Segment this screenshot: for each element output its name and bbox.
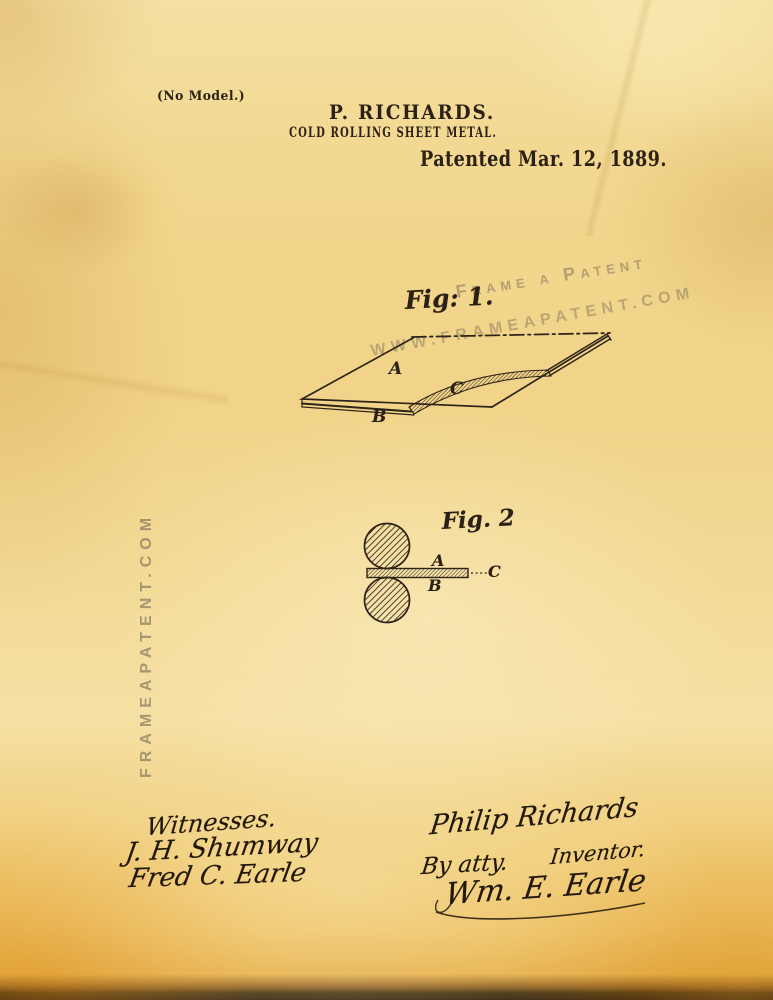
lower-roller (365, 578, 410, 623)
paper-crease (492, 0, 749, 260)
invention-title: COLD ROLLING SHEET METAL. (289, 125, 497, 141)
upper-roller (365, 524, 410, 569)
patent-date: Patented Mar. 12, 1889. (420, 146, 667, 171)
paper-crease (0, 300, 238, 459)
witness-signature-2: Fred C. Earle (127, 858, 309, 894)
figure-2-drawing (365, 524, 490, 623)
watermark-url-vertical: FRAMEAPATENT.COM (138, 512, 156, 778)
figure-2-label-a: A (432, 551, 444, 570)
inventor-signature: Philip Richards (428, 792, 640, 842)
figure-2-label-c: C (488, 562, 501, 581)
figure-1-label-a: A (389, 359, 402, 379)
figure-2-caption: Fig. 2 (441, 504, 515, 535)
figure-1-caption: Fig: 1. (404, 281, 494, 315)
figure-2-label-b: B (428, 576, 442, 595)
figure-1-label-c: C (450, 379, 464, 399)
sheet-bar (367, 569, 468, 578)
inventor-header: P. RICHARDS. (329, 100, 495, 124)
figure-1-label-b: B (372, 407, 386, 427)
patent-document-page: Frame a Patent WWW.FRAMEAPATENT.COM FRAM… (0, 0, 773, 1000)
no-model-note: (No Model.) (157, 89, 245, 104)
